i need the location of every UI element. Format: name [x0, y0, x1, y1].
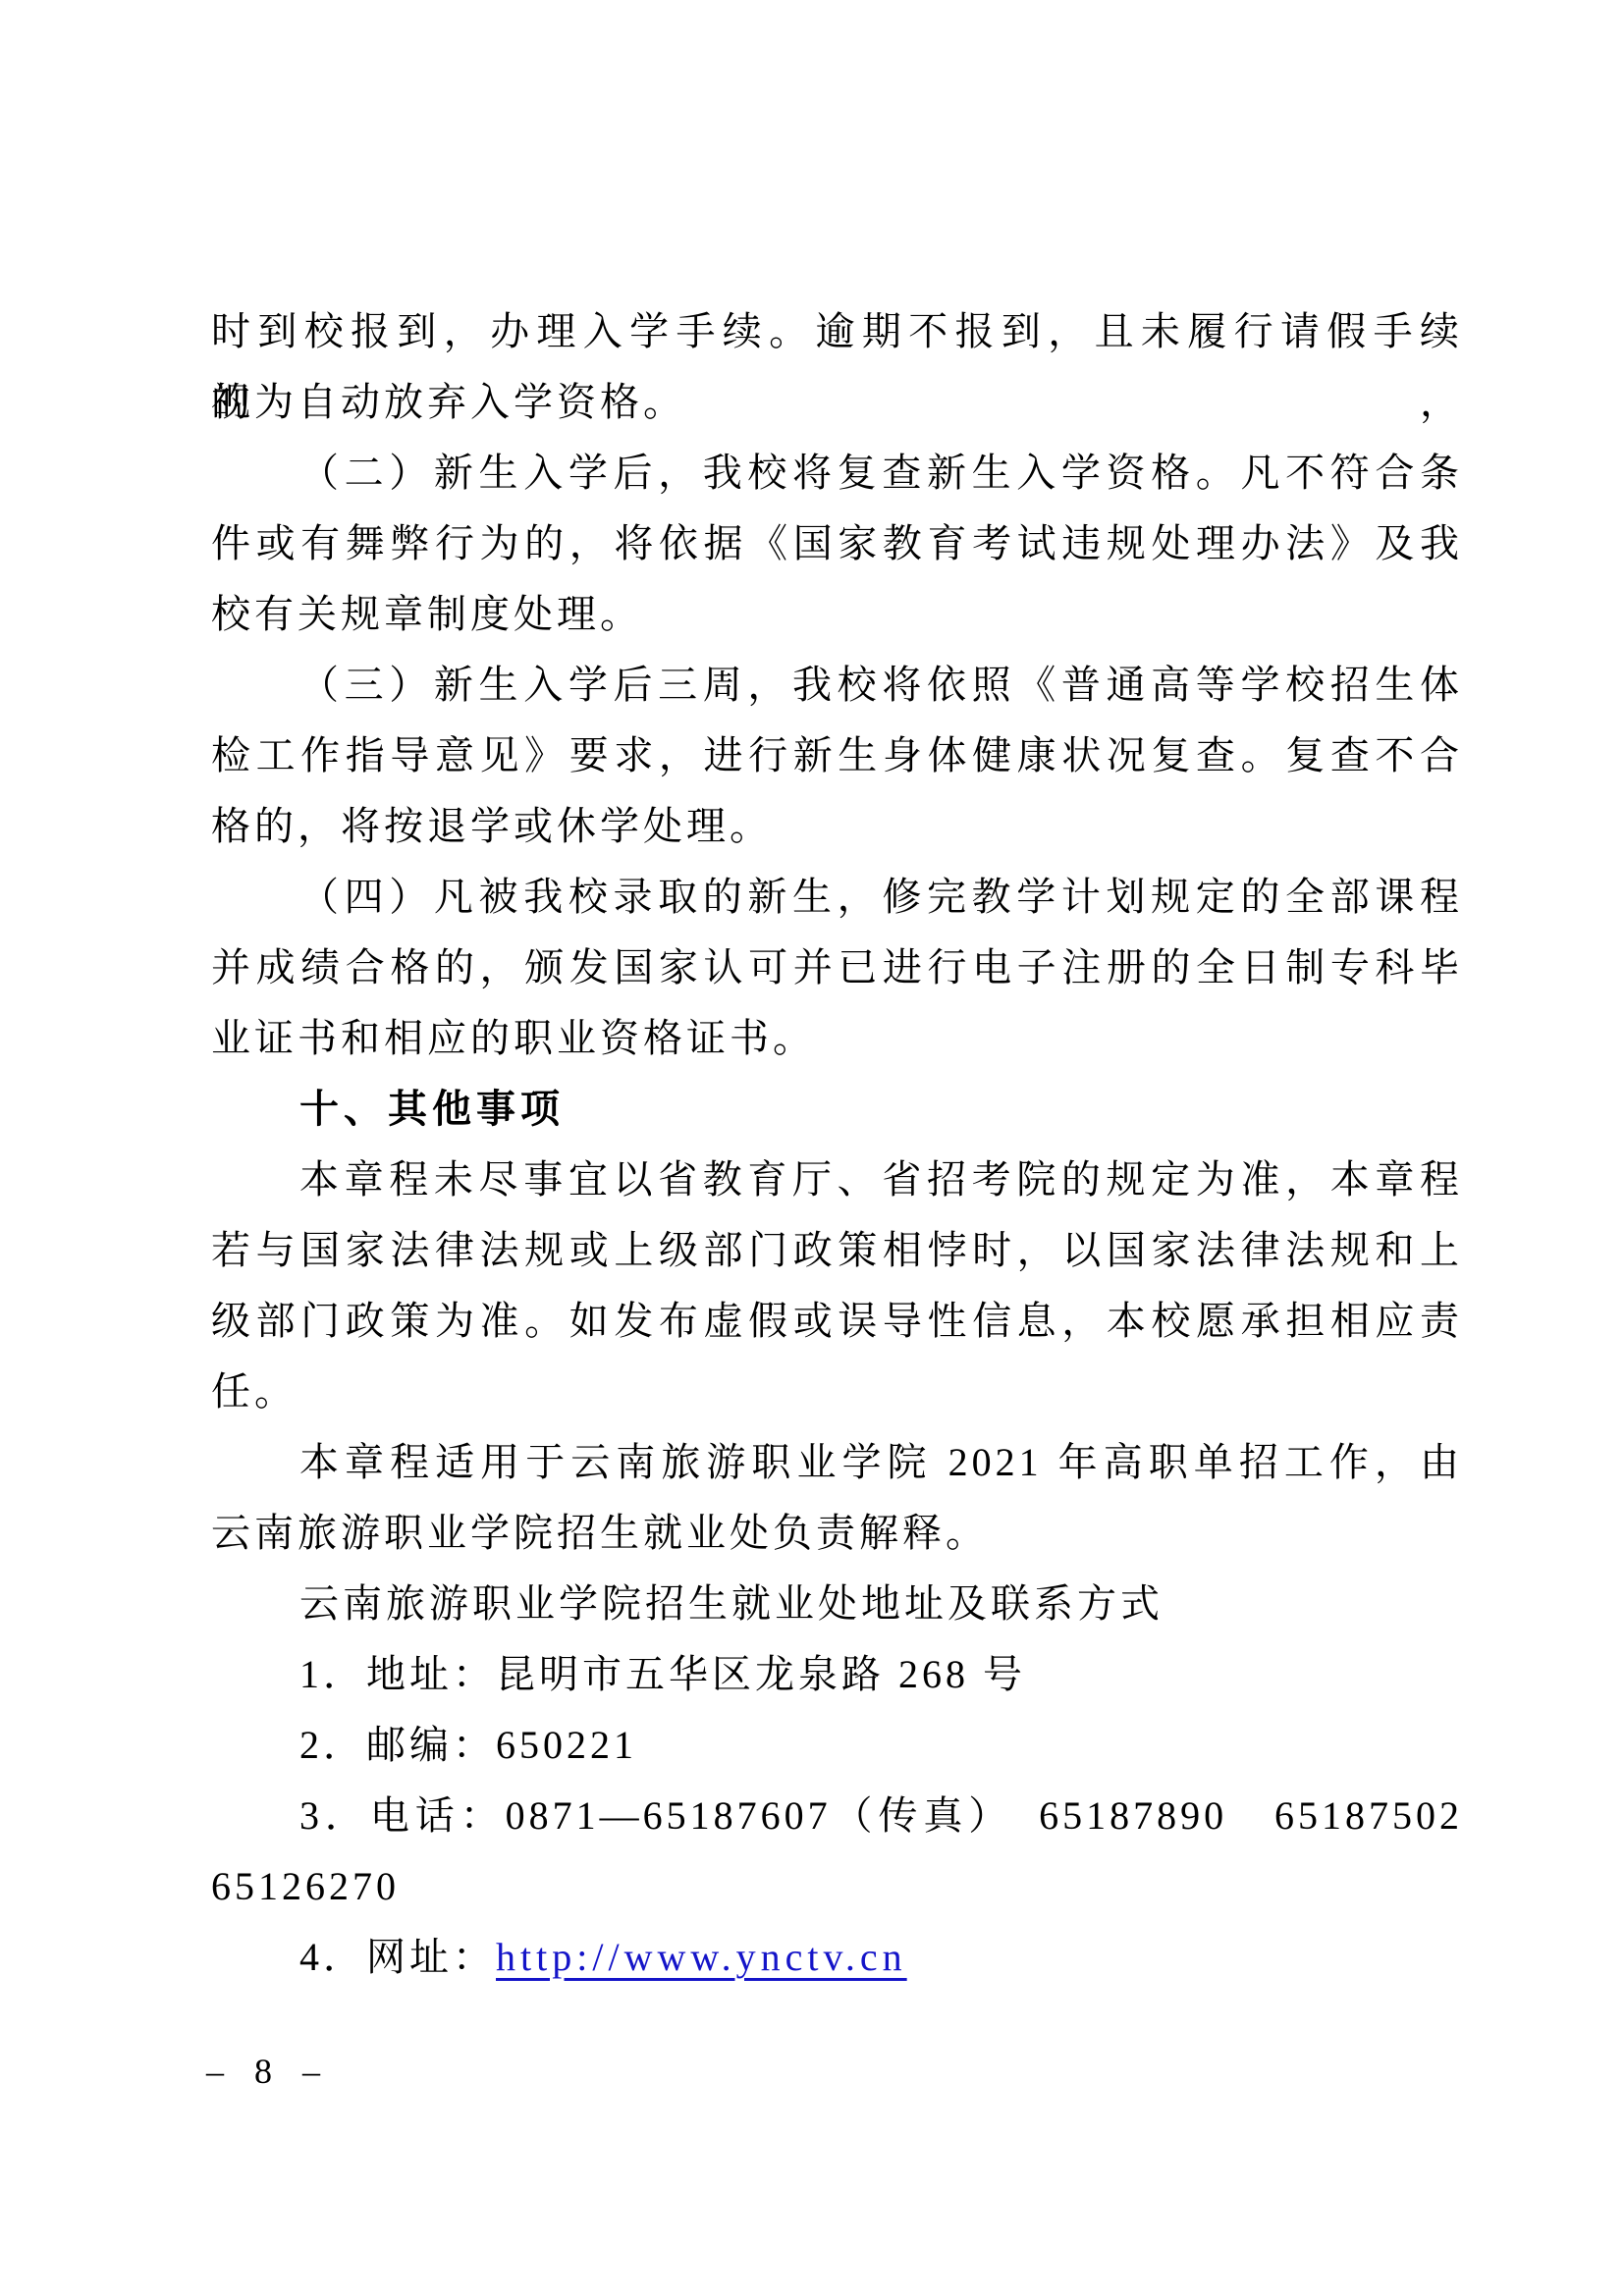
text-line: 2．邮编：650221: [211, 1710, 1463, 1781]
text-line: 级部门政策为准。如发布虚假或误导性信息，本校愿承担相应责: [211, 1286, 1463, 1357]
text-line: 1．地址：昆明市五华区龙泉路 268 号: [211, 1639, 1463, 1710]
text-line: 4．网址：http://www.ynctv.cn: [211, 1922, 1463, 1993]
text-line: （四）凡被我校录取的新生，修完教学计划规定的全部课程: [211, 862, 1463, 933]
text-line: 件或有舞弊行为的，将依据《国家教育考试违规处理办法》及我: [211, 508, 1463, 579]
section-heading: 十、其他事项: [211, 1074, 1463, 1145]
text-segment: 4．网址：: [299, 1935, 496, 1979]
text-line: 3．电话：0871—65187607（传真） 65187890 65187502: [211, 1781, 1463, 1851]
website-link[interactable]: http://www.ynctv.cn: [496, 1935, 907, 1979]
text-line: 任。: [211, 1357, 1463, 1427]
text-line: 本章程适用于云南旅游职业学院 2021 年高职单招工作，由: [211, 1427, 1463, 1498]
text-line: （二）新生入学后，我校将复查新生入学资格。凡不符合条: [211, 438, 1463, 508]
text-line: 校有关规章制度处理。: [211, 579, 1463, 650]
document-page: 时到校报到，办理入学手续。逾期不报到，且未履行请假手续的，视为自动放弃入学资格。…: [0, 0, 1624, 2296]
text-line: 本章程未尽事宜以省教育厅、省招考院的规定为准，本章程: [211, 1145, 1463, 1215]
page-number: – 8 –: [206, 2050, 326, 2093]
document-content: 时到校报到，办理入学手续。逾期不报到，且未履行请假手续的，视为自动放弃入学资格。…: [211, 296, 1463, 1993]
text-line: 65126270: [211, 1851, 1463, 1922]
text-line: 检工作指导意见》要求，进行新生身体健康状况复查。复查不合: [211, 721, 1463, 791]
text-line: 业证书和相应的职业资格证书。: [211, 1003, 1463, 1074]
text-line: 云南旅游职业学院招生就业处地址及联系方式: [211, 1569, 1463, 1639]
text-line: 云南旅游职业学院招生就业处负责解释。: [211, 1498, 1463, 1569]
text-line: （三）新生入学后三周，我校将依照《普通高等学校招生体: [211, 650, 1463, 721]
text-line: 格的，将按退学或休学处理。: [211, 791, 1463, 862]
text-line: 时到校报到，办理入学手续。逾期不报到，且未履行请假手续的，: [211, 296, 1463, 367]
text-line: 若与国家法律法规或上级部门政策相悖时，以国家法律法规和上: [211, 1215, 1463, 1286]
text-line: 并成绩合格的，颁发国家认可并已进行电子注册的全日制专科毕: [211, 933, 1463, 1003]
